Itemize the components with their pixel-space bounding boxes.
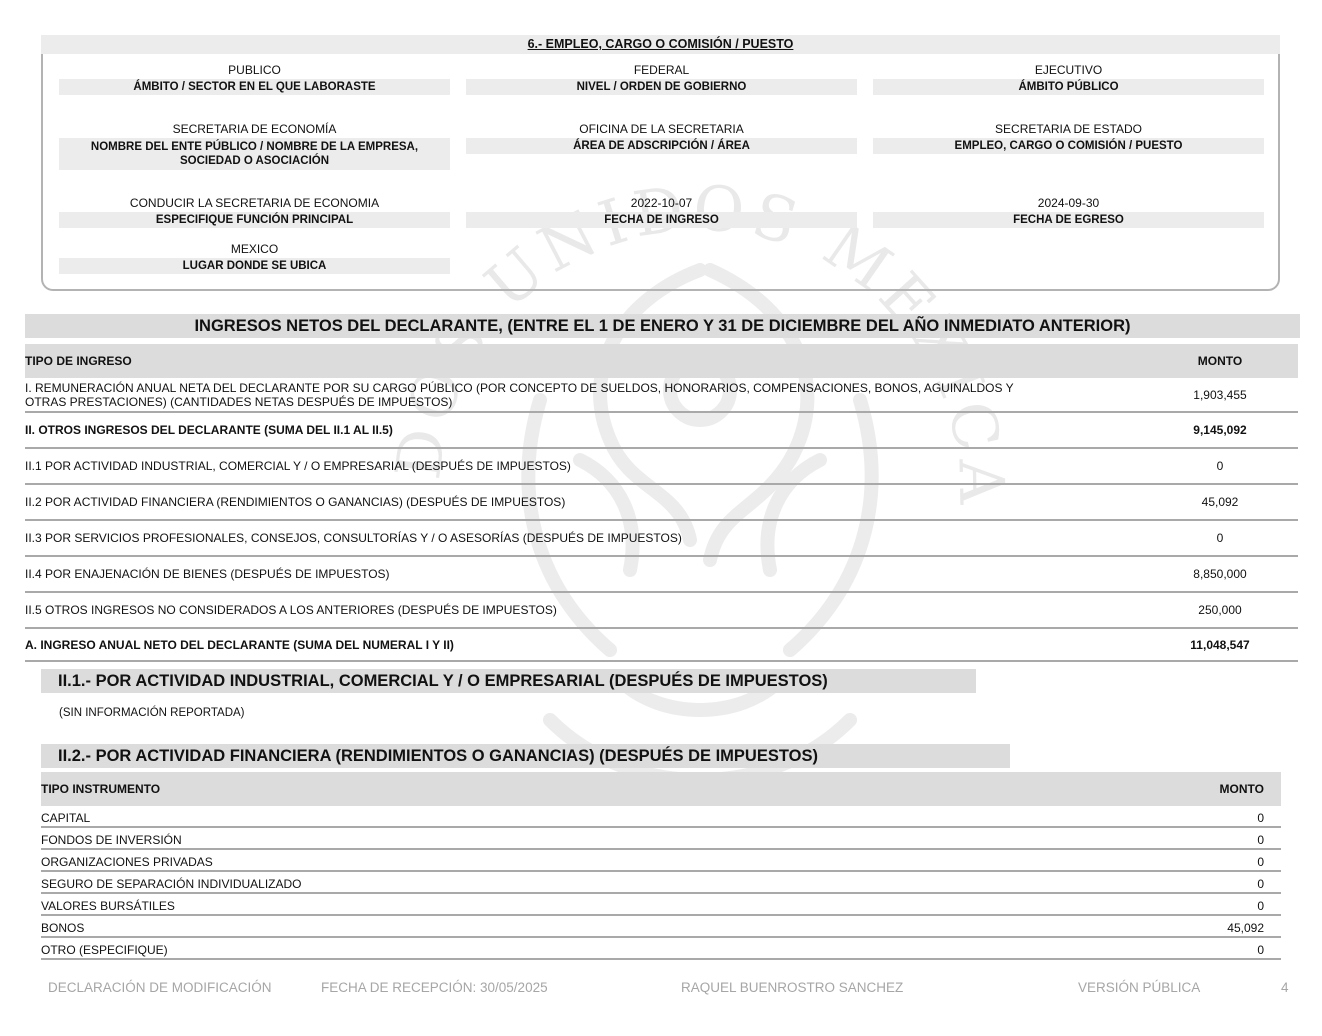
field-value: SECRETARIA DE ESTADO xyxy=(873,122,1264,138)
row-monto: 9,145,092 xyxy=(1142,423,1298,437)
field-empleo-cargo: SECRETARIA DE ESTADO EMPLEO, CARGO O COM… xyxy=(873,122,1264,154)
row-tipo: II.4 POR ENAJENACIÓN DE BIENES (DESPUÉS … xyxy=(25,567,1142,581)
field-value: PUBLICO xyxy=(59,63,450,79)
field-value: CONDUCIR LA SECRETARIA DE ECONOMIA xyxy=(59,196,450,212)
table-row: ORGANIZACIONES PRIVADAS 0 xyxy=(41,850,1281,872)
row-monto: 0 xyxy=(1181,855,1281,869)
field-ente-publico: SECRETARIA DE ECONOMÍA NOMBRE DEL ENTE P… xyxy=(59,122,450,170)
row-monto: 0 xyxy=(1181,877,1281,891)
row-tipo: I. REMUNERACIÓN ANUAL NETA DEL DECLARANT… xyxy=(25,381,1142,409)
field-label: FECHA DE INGRESO xyxy=(466,212,857,228)
table-row: SEGURO DE SEPARACIÓN INDIVIDUALIZADO 0 xyxy=(41,872,1281,894)
row-tipo: II.1 POR ACTIVIDAD INDUSTRIAL, COMERCIAL… xyxy=(25,459,1142,473)
field-lugar-ubica: MEXICO LUGAR DONDE SE UBICA xyxy=(59,242,450,274)
row-monto: 0 xyxy=(1181,943,1281,957)
ingresos-table-header: TIPO DE INGRESO MONTO xyxy=(25,344,1298,378)
row-tipo: CAPITAL xyxy=(41,811,1181,825)
field-nivel-gobierno: FEDERAL NIVEL / ORDEN DE GOBIERNO xyxy=(466,63,857,95)
field-label: EMPLEO, CARGO O COMISIÓN / PUESTO xyxy=(873,138,1264,154)
table-row: II.1 POR ACTIVIDAD INDUSTRIAL, COMERCIAL… xyxy=(25,449,1298,485)
footer-version: VERSIÓN PÚBLICA xyxy=(1078,980,1200,995)
column-header-monto: MONTO xyxy=(1142,354,1298,368)
actividad-financiera-table: TIPO INSTRUMENTO MONTO CAPITAL 0 FONDOS … xyxy=(41,772,1281,960)
empleo-section-title: 6.- EMPLEO, CARGO O COMISIÓN / PUESTO xyxy=(41,35,1280,54)
field-label: ÁMBITO PÚBLICO xyxy=(873,79,1264,95)
field-value: MEXICO xyxy=(59,242,450,258)
row-tipo: BONOS xyxy=(41,921,1181,935)
column-header-monto: MONTO xyxy=(1181,782,1281,796)
row-monto: 0 xyxy=(1142,459,1298,473)
footer-fecha-recepcion: FECHA DE RECEPCIÓN: 30/05/2025 xyxy=(321,980,548,995)
field-label: FECHA DE EGRESO xyxy=(873,212,1264,228)
field-funcion-principal: CONDUCIR LA SECRETARIA DE ECONOMIA ESPEC… xyxy=(59,196,450,228)
field-label: LUGAR DONDE SE UBICA xyxy=(59,258,450,274)
row-tipo: FONDOS DE INVERSIÓN xyxy=(41,833,1181,847)
ingresos-section-title: INGRESOS NETOS DEL DECLARANTE, (ENTRE EL… xyxy=(25,314,1300,338)
table-row: II.3 POR SERVICIOS PROFESIONALES, CONSEJ… xyxy=(25,521,1298,557)
row-monto: 0 xyxy=(1142,531,1298,545)
financiera-table-header: TIPO INSTRUMENTO MONTO xyxy=(41,772,1281,806)
row-tipo: II.3 POR SERVICIOS PROFESIONALES, CONSEJ… xyxy=(25,531,1142,545)
row-tipo: ORGANIZACIONES PRIVADAS xyxy=(41,855,1181,869)
field-value: 2022-10-07 xyxy=(466,196,857,212)
row-monto: 45,092 xyxy=(1142,495,1298,509)
row-monto: 0 xyxy=(1181,811,1281,825)
row-tipo: OTRO (ESPECIFIQUE) xyxy=(41,943,1181,957)
row-tipo: II.5 OTROS INGRESOS NO CONSIDERADOS A LO… xyxy=(25,603,1142,617)
footer-declaracion-tipo: DECLARACIÓN DE MODIFICACIÓN xyxy=(48,980,272,995)
footer-nombre-declarante: RAQUEL BUENROSTRO SANCHEZ xyxy=(681,980,903,995)
field-value: 2024-09-30 xyxy=(873,196,1264,212)
field-fecha-ingreso: 2022-10-07 FECHA DE INGRESO xyxy=(466,196,857,228)
row-tipo: SEGURO DE SEPARACIÓN INDIVIDUALIZADO xyxy=(41,877,1181,891)
row-monto: 250,000 xyxy=(1142,603,1298,617)
table-row: FONDOS DE INVERSIÓN 0 xyxy=(41,828,1281,850)
table-row: II. OTROS INGRESOS DEL DECLARANTE (SUMA … xyxy=(25,413,1298,449)
row-tipo: II.2 POR ACTIVIDAD FINANCIERA (RENDIMIEN… xyxy=(25,495,1142,509)
table-row: OTRO (ESPECIFIQUE) 0 xyxy=(41,938,1281,960)
row-monto: 0 xyxy=(1181,899,1281,913)
field-area-adscripcion: OFICINA DE LA SECRETARIA ÁREA DE ADSCRIP… xyxy=(466,122,857,154)
row-tipo: VALORES BURSÁTILES xyxy=(41,899,1181,913)
page-footer: DECLARACIÓN DE MODIFICACIÓN FECHA DE REC… xyxy=(0,980,1322,998)
row-monto: 8,850,000 xyxy=(1142,567,1298,581)
table-row: II.2 POR ACTIVIDAD FINANCIERA (RENDIMIEN… xyxy=(25,485,1298,521)
table-row: A. INGRESO ANUAL NETO DEL DECLARANTE (SU… xyxy=(25,629,1298,662)
actividad-financiera-title: II.2.- POR ACTIVIDAD FINANCIERA (RENDIMI… xyxy=(41,744,1010,768)
column-header-tipo: TIPO DE INGRESO xyxy=(25,354,1142,368)
field-label: NOMBRE DEL ENTE PÚBLICO / NOMBRE DE LA E… xyxy=(59,138,450,170)
actividad-industrial-title: II.1.- POR ACTIVIDAD INDUSTRIAL, COMERCI… xyxy=(41,669,976,693)
row-tipo: A. INGRESO ANUAL NETO DEL DECLARANTE (SU… xyxy=(25,638,1142,652)
table-row: BONOS 45,092 xyxy=(41,916,1281,938)
row-monto: 11,048,547 xyxy=(1142,638,1298,652)
field-fecha-egreso: 2024-09-30 FECHA DE EGRESO xyxy=(873,196,1264,228)
field-value: FEDERAL xyxy=(466,63,857,79)
table-row: VALORES BURSÁTILES 0 xyxy=(41,894,1281,916)
field-label: NIVEL / ORDEN DE GOBIERNO xyxy=(466,79,857,95)
table-row: II.5 OTROS INGRESOS NO CONSIDERADOS A LO… xyxy=(25,593,1298,629)
row-monto: 45,092 xyxy=(1181,921,1281,935)
footer-page-number: 4 xyxy=(1281,980,1289,995)
field-value: EJECUTIVO xyxy=(873,63,1264,79)
field-label: ÁREA DE ADSCRIPCIÓN / ÁREA xyxy=(466,138,857,154)
sin-informacion-text: (SIN INFORMACIÓN REPORTADA) xyxy=(59,707,245,719)
field-ambito-publico: EJECUTIVO ÁMBITO PÚBLICO xyxy=(873,63,1264,95)
table-row: II.4 POR ENAJENACIÓN DE BIENES (DESPUÉS … xyxy=(25,557,1298,593)
field-ambito-sector: PUBLICO ÁMBITO / SECTOR EN EL QUE LABORA… xyxy=(59,63,450,95)
field-label: ÁMBITO / SECTOR EN EL QUE LABORASTE xyxy=(59,79,450,95)
row-monto: 0 xyxy=(1181,833,1281,847)
row-tipo: II. OTROS INGRESOS DEL DECLARANTE (SUMA … xyxy=(25,423,1142,437)
field-value: SECRETARIA DE ECONOMÍA xyxy=(59,122,450,138)
column-header-tipo-instrumento: TIPO INSTRUMENTO xyxy=(41,782,1181,796)
table-row: I. REMUNERACIÓN ANUAL NETA DEL DECLARANT… xyxy=(25,378,1298,413)
ingresos-table: TIPO DE INGRESO MONTO I. REMUNERACIÓN AN… xyxy=(25,344,1298,662)
field-value: OFICINA DE LA SECRETARIA xyxy=(466,122,857,138)
row-monto: 1,903,455 xyxy=(1142,388,1298,402)
field-label: ESPECIFIQUE FUNCIÓN PRINCIPAL xyxy=(59,212,450,228)
table-row: CAPITAL 0 xyxy=(41,806,1281,828)
